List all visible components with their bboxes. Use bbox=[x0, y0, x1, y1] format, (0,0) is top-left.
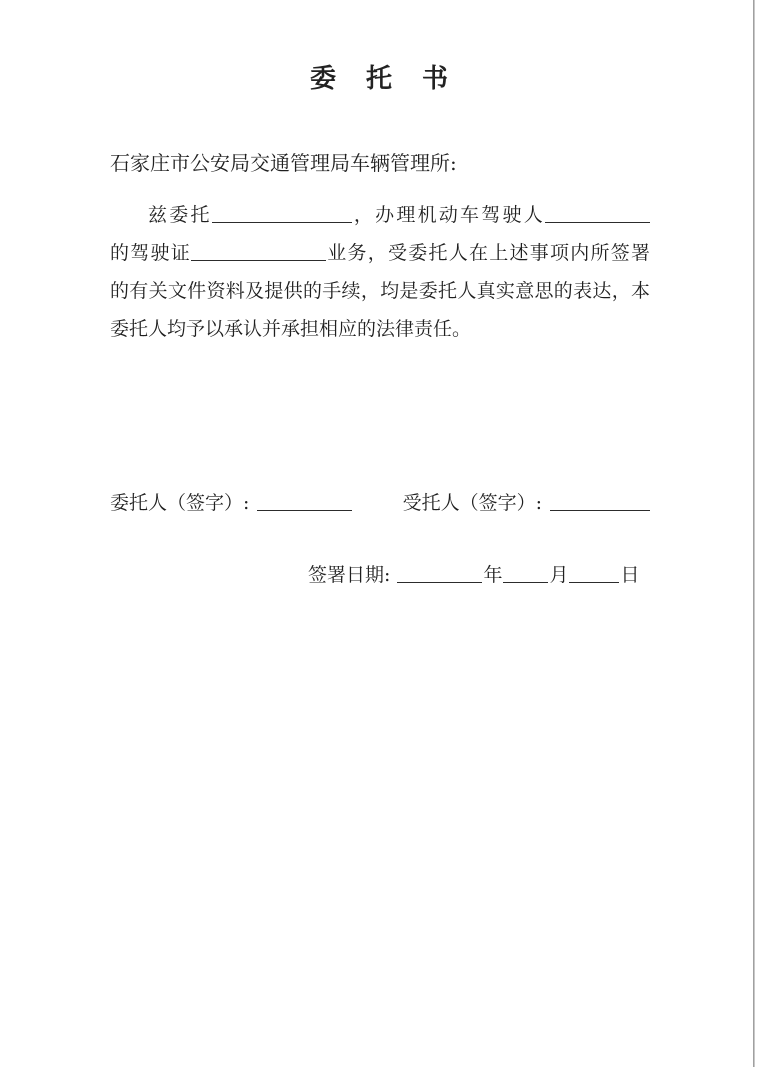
date-row: 签署日期: 年月日 bbox=[308, 560, 650, 590]
document-title: 委 托 书 bbox=[110, 60, 650, 96]
page-right-edge bbox=[753, 0, 755, 1067]
body-line1-text1: 兹委托 bbox=[148, 204, 212, 226]
blank-agent-signature bbox=[550, 495, 650, 511]
body-line-2: 的驾驶证业务，受委托人在上述事项内所签署 bbox=[110, 234, 650, 272]
body-line2-text2: 业务，受委托人在上述事项内所签署 bbox=[326, 242, 650, 264]
agent-signature-group: 受托人（签字）: bbox=[403, 488, 650, 518]
body-line-1: 兹委托，办理机动车驾驶人 bbox=[110, 196, 650, 234]
agent-signature-label: 受托人（签字）: bbox=[403, 492, 542, 514]
document-content: 委 托 书 石家庄市公安局交通管理局车辆管理所: 兹委托，办理机动车驾驶人 的驾… bbox=[110, 0, 650, 590]
blank-license-business bbox=[191, 245, 326, 261]
blank-year bbox=[397, 567, 482, 583]
body-line3-text: 的有关文件资料及提供的手续，均是委托人真实意思的表达，本 bbox=[110, 280, 650, 302]
blank-driver-name bbox=[545, 207, 650, 223]
document-page: 委 托 书 石家庄市公安局交通管理局车辆管理所: 兹委托，办理机动车驾驶人 的驾… bbox=[0, 0, 757, 1067]
year-label: 年 bbox=[483, 564, 502, 586]
body-line4-text: 委托人均予以承认并承担相应的法律责任。 bbox=[110, 318, 471, 340]
body-line1-text2: ，办理机动车驾驶人 bbox=[352, 204, 545, 226]
body-line2-text1: 的驾驶证 bbox=[110, 242, 191, 264]
body-line-4: 委托人均予以承认并承担相应的法律责任。 bbox=[110, 310, 650, 348]
date-label: 签署日期: bbox=[308, 564, 390, 586]
body-line-3: 的有关文件资料及提供的手续，均是委托人真实意思的表达，本 bbox=[110, 272, 650, 310]
principal-signature-label: 委托人（签字）: bbox=[110, 492, 249, 514]
blank-month bbox=[503, 567, 548, 583]
addressee-line: 石家庄市公安局交通管理局车辆管理所: bbox=[110, 150, 650, 176]
signature-row: 委托人（签字）: 受托人（签字）: bbox=[110, 488, 650, 518]
principal-signature-group: 委托人（签字）: bbox=[110, 488, 352, 518]
blank-principal-signature bbox=[257, 495, 352, 511]
month-label: 月 bbox=[549, 564, 568, 586]
blank-day bbox=[569, 567, 619, 583]
blank-entrusted-name bbox=[212, 207, 352, 223]
day-label: 日 bbox=[620, 564, 639, 586]
body-paragraph: 兹委托，办理机动车驾驶人 的驾驶证业务，受委托人在上述事项内所签署 的有关文件资… bbox=[110, 196, 650, 348]
